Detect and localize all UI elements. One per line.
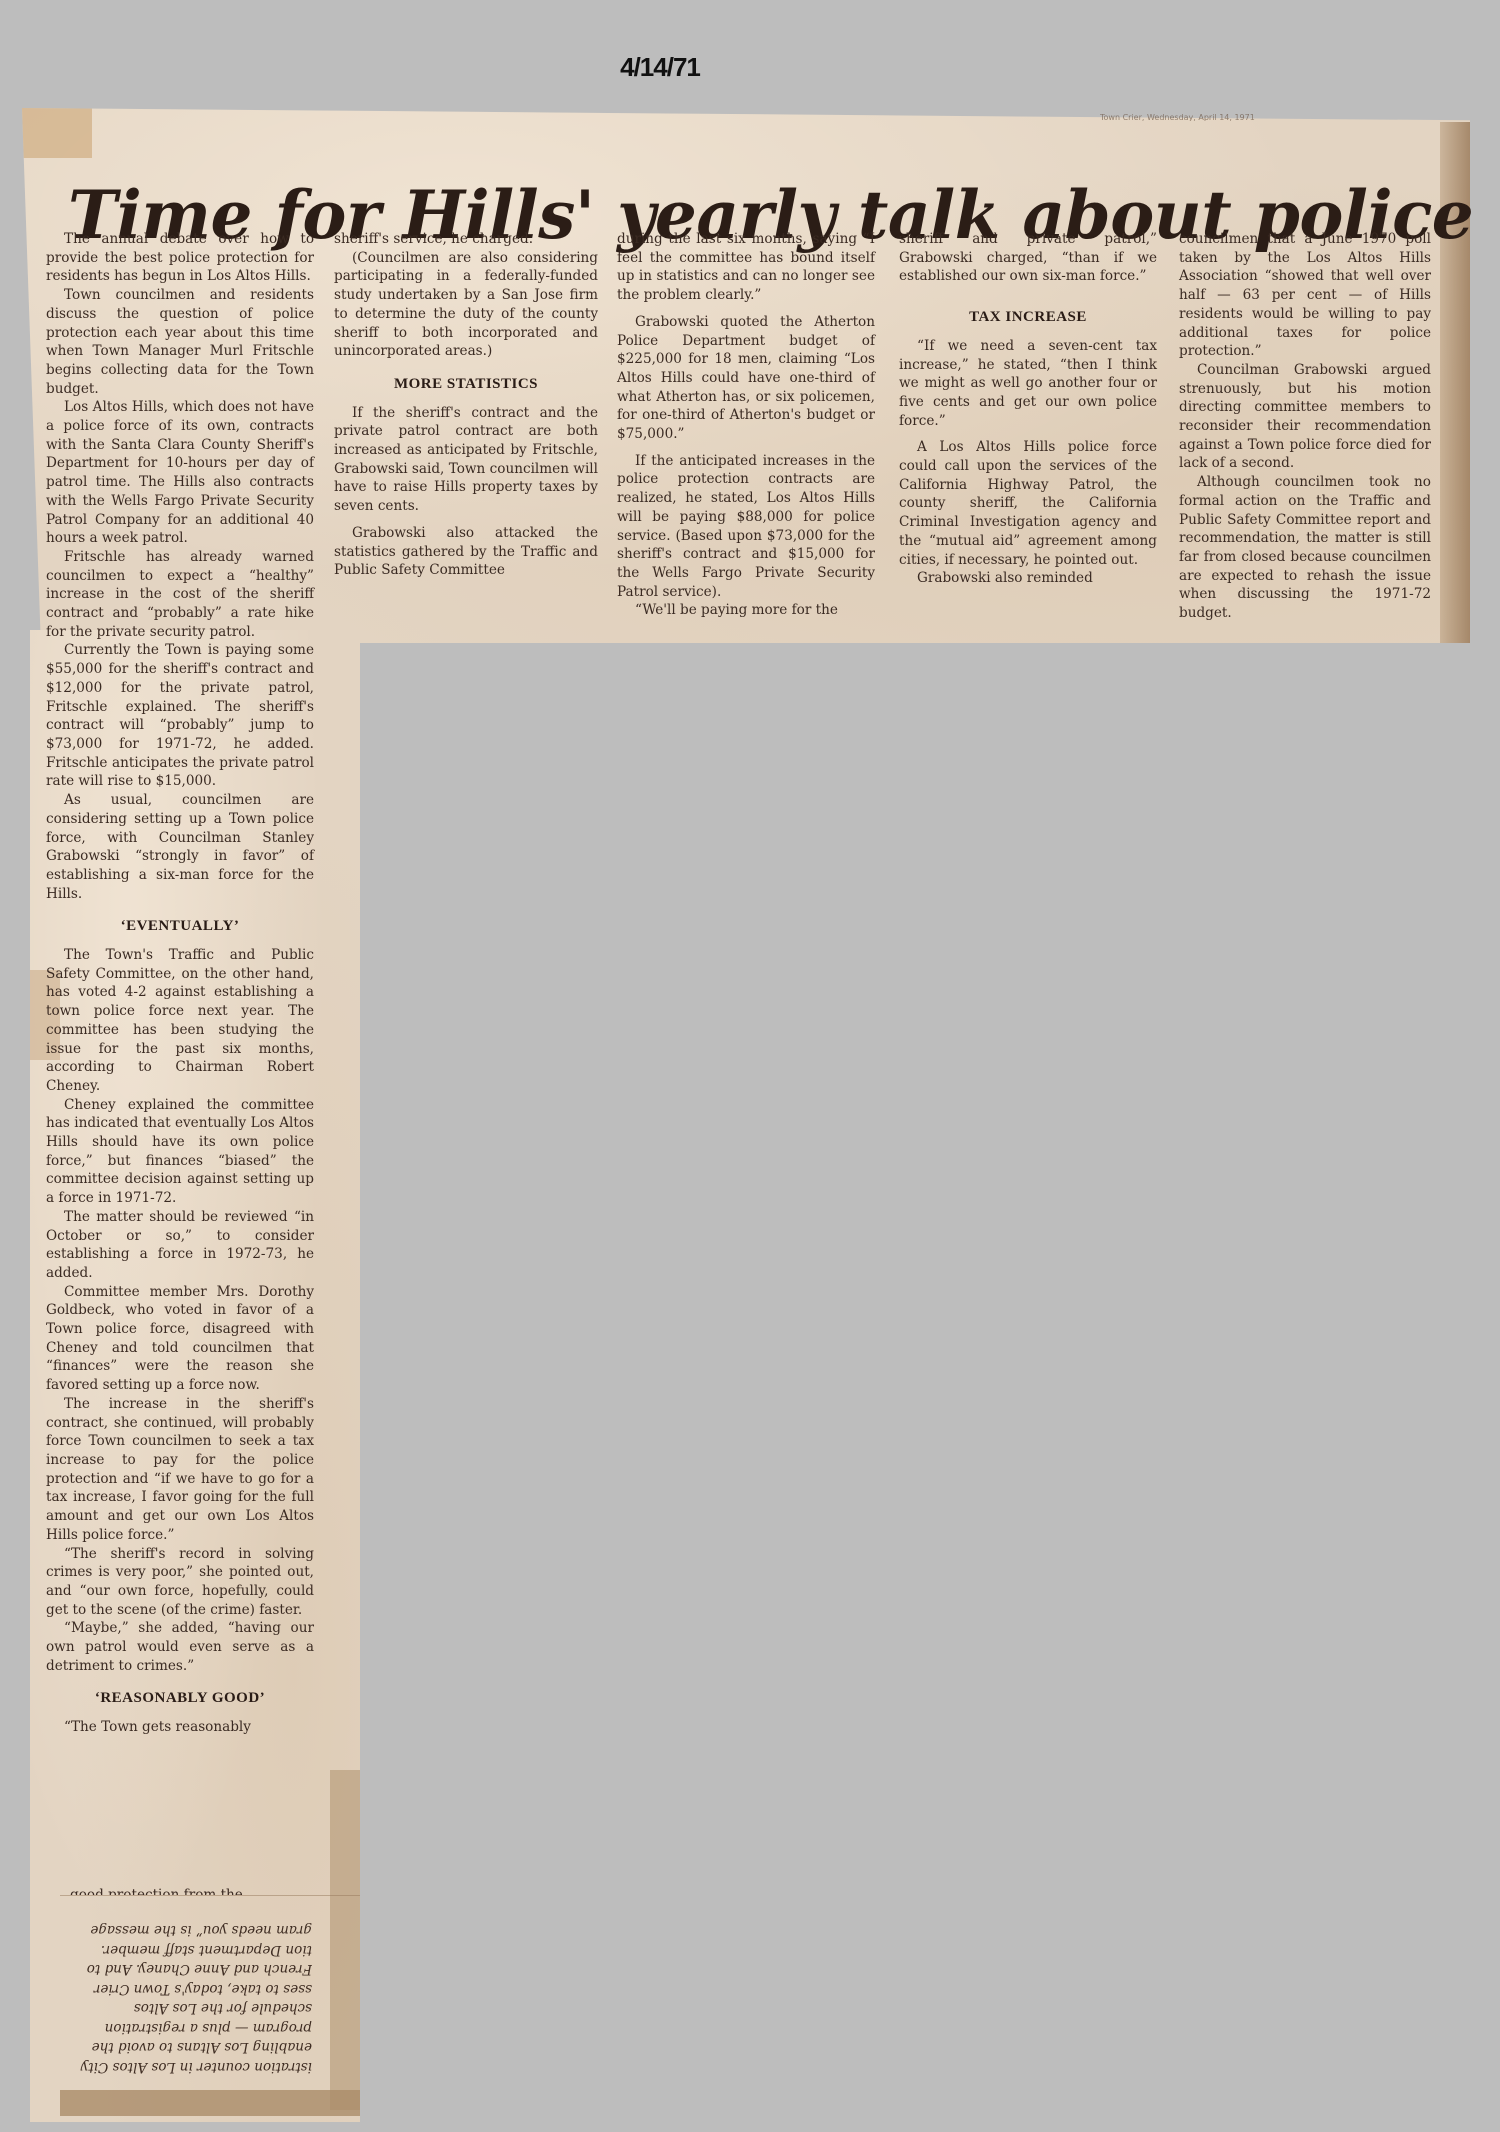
article-column-2: sheriff's service, he charged. (Councilm… <box>334 230 598 580</box>
subhead-reasonably-good: ‘REASONABLY GOOD’ <box>46 1689 314 1708</box>
paragraph: The Town's Traffic and Public Safety Com… <box>46 946 314 1096</box>
paragraph: during the last six months, saying “I fe… <box>617 230 875 305</box>
paragraph: Currently the Town is paying some $55,00… <box>46 641 314 791</box>
paragraph: councilmen that a June 1970 poll taken b… <box>1179 230 1431 361</box>
paragraph: Los Altos Hills, which does not have a p… <box>46 398 314 548</box>
paragraph: “If we need a seven-cent tax increase,” … <box>899 337 1157 431</box>
reverse-line: schedule for the Los Altos <box>62 1998 312 2018</box>
paragraph: Town councilmen and residents discuss th… <box>46 286 314 398</box>
paragraph: (Councilmen are also considering partici… <box>334 249 598 361</box>
paragraph: The annual debate over how to provide th… <box>46 230 314 286</box>
article-column-4: sheriff and private patrol,” Grabowski c… <box>899 230 1157 588</box>
article-column-5: councilmen that a June 1970 poll taken b… <box>1179 230 1431 623</box>
date-stamp: 4/14/71 <box>0 52 1320 83</box>
paragraph: sheriff's service, he charged. <box>334 230 598 249</box>
article-column-3: during the last six months, saying “I fe… <box>617 230 875 620</box>
article-column-1: The annual debate over how to provide th… <box>46 230 314 1737</box>
paragraph: “Maybe,” she added, “having our own patr… <box>46 1619 314 1675</box>
paragraph: Although councilmen took no formal actio… <box>1179 473 1431 623</box>
paragraph: Councilman Grabowski argued strenuously,… <box>1179 361 1431 473</box>
paragraph: The increase in the sheriff's contract, … <box>46 1395 314 1545</box>
reverse-line: enabling Los Altans to avoid the <box>62 2037 312 2057</box>
paragraph: Grabowski quoted the Atherton Police Dep… <box>617 313 875 444</box>
paragraph: Committee member Mrs. Dorothy Goldbeck, … <box>46 1283 314 1395</box>
tape-bottom <box>60 2090 360 2116</box>
truncated-line: good protection from the <box>70 1886 330 1895</box>
reverse-side-fragment: istration counter in Los Altos City enab… <box>62 1920 312 2076</box>
paragraph: Grabowski also attacked the statistics g… <box>334 524 598 580</box>
tape-side <box>330 1770 360 2110</box>
paragraph: Fritschle has already warned councilmen … <box>46 548 314 642</box>
paragraph: Cheney explained the committee has indic… <box>46 1096 314 1208</box>
cut-line <box>60 1895 360 1896</box>
paragraph: If the anticipated increases in the poli… <box>617 452 875 602</box>
subhead-tax-increase: TAX INCREASE <box>899 308 1157 327</box>
paragraph: If the sheriff's contract and the privat… <box>334 404 598 516</box>
paragraph: “We'll be paying more for the <box>617 601 875 620</box>
subhead-eventually: ‘EVENTUALLY’ <box>46 917 314 936</box>
paragraph: As usual, councilmen are considering set… <box>46 791 314 903</box>
paragraph: “The sheriff's record in solving crimes … <box>46 1545 314 1620</box>
paragraph: sheriff and private patrol,” Grabowski c… <box>899 230 1157 286</box>
reverse-line: French and Anne Chaney. And to <box>62 1959 312 1979</box>
paragraph: “The Town gets reasonably <box>46 1718 314 1737</box>
reverse-line: tion Department staff member. <box>62 1940 312 1960</box>
reverse-line: sses to take, today's Town Crier <box>62 1979 312 1999</box>
subhead-more-statistics: MORE STATISTICS <box>334 375 598 394</box>
paragraph: A Los Altos Hills police force could cal… <box>899 438 1157 569</box>
masthead-fragment: Town Crier, Wednesday, April 14, 1971 <box>1100 113 1430 121</box>
paragraph: The matter should be reviewed “in Octobe… <box>46 1208 314 1283</box>
paragraph: Grabowski also reminded <box>899 569 1157 588</box>
reverse-line: program — plus a registration <box>62 2018 312 2038</box>
reverse-line: gram needs you” is the message <box>62 1920 312 1940</box>
reverse-line: istration counter in Los Altos City <box>62 2057 312 2077</box>
